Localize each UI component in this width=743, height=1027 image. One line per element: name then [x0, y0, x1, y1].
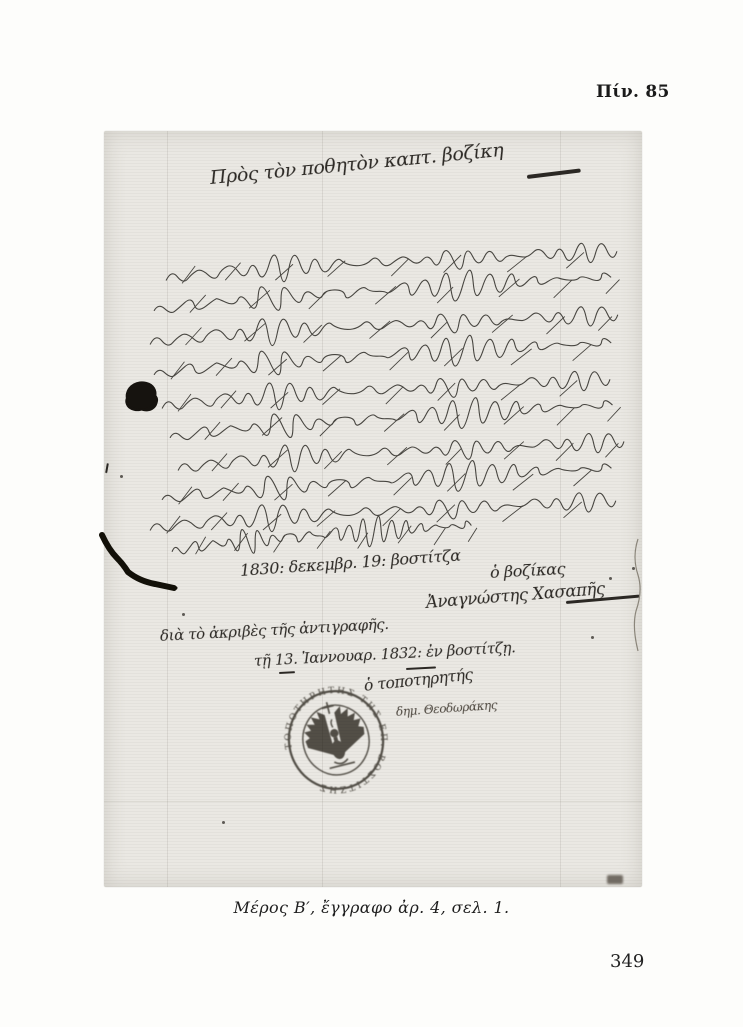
manuscript-office-line: ὁ τοποτηρητής: [363, 666, 474, 695]
manuscript-signature: Ἀναγνώστης Χασαπῆς: [425, 579, 605, 612]
ink-tick-mark: [105, 463, 109, 473]
zigzag-ink-mark: [98, 529, 188, 599]
manuscript-author-line: ὁ βοζίκας: [490, 559, 566, 582]
manuscript-certification-line: διὰ τὸ ἀκριβὲς τῆς ἀντιγραφῆς.: [160, 615, 390, 645]
plate-label: Πίν. 85: [596, 82, 670, 102]
page-number: 349: [610, 951, 644, 972]
underline-stroke: [279, 671, 295, 673]
ink-dot: [591, 636, 594, 639]
facsimile-photo: Πρὸς τὸν ποθητὸν καπτ. βοζίκη 1830: δεκε…: [104, 131, 642, 887]
ink-dot: [609, 577, 612, 580]
ink-dot: [632, 567, 635, 570]
manuscript-certification-date-line: τῇ 13. Ἰαννουαρ. 1832: ἐν βοστίτζῃ.: [254, 638, 516, 670]
cross-icon: [321, 701, 336, 716]
ink-dot: [182, 613, 185, 616]
manuscript-header-line: Πρὸς τὸν ποθητὸν καπτ. βοζίκη: [209, 139, 504, 189]
official-seal: ΤΟΠΟΤΗΡΗΤΗΣ ΤΗΣ ΕΠ. ΒΟΣΤΙΤΖΗΣ: [273, 677, 399, 803]
book-page: Πίν. 85 Πρὸς τὸν ποθητὸν καπτ. βοζίκη 18…: [0, 0, 743, 1027]
manuscript-header-dash: [527, 168, 581, 178]
corner-smudge-mark: [607, 875, 623, 884]
edge-wave-mark: [630, 539, 644, 651]
figure-caption: Μέρος Β′, ἔγγραφο ἀρ. 4, σελ. 1.: [0, 898, 743, 917]
ink-dot: [120, 475, 123, 478]
ink-dot: [222, 821, 225, 824]
manuscript-clerk-signature: δημ. Θεοδωράκης: [396, 698, 498, 719]
